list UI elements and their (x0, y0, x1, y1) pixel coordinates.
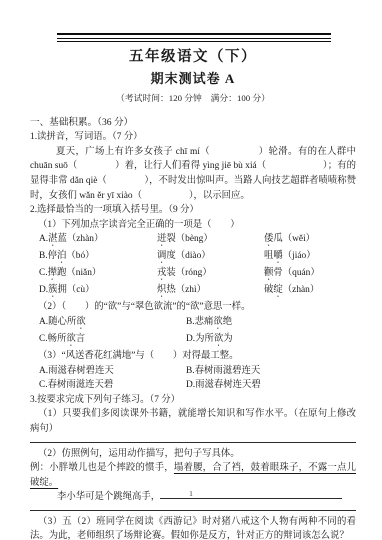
option-cell: 倭瓜（wěi） (264, 232, 356, 249)
option-c: C.畅所欲言 (39, 332, 186, 349)
q3-2-stem: （2）仿照例句，运用动作描写，把句子写具体。 (30, 447, 356, 462)
exam-info: （考试时间：120 分钟 满分：100 分） (30, 92, 356, 104)
page-number: 1 (0, 487, 382, 502)
question-1-heading: 1.读拼音，写词语。（7 分） (30, 130, 356, 145)
q1-blank-3: （ ） (257, 161, 328, 171)
q3-3-stem: （3）五（2）班同学在阅读《西游记》时对猪八戒这个人物有两种不同的看法。为此，老… (30, 515, 356, 540)
exam-subtitle: 期末测试卷 A (30, 70, 356, 87)
option-cell: 戎装（róng） (157, 266, 264, 283)
header-rule-double (57, 38, 331, 42)
q1-pinyin-2: chuān suō (30, 161, 68, 171)
option-row-b: B.停泊（bó） 调度（diào） 咀嚼（jiáo） (30, 249, 356, 266)
section-1-heading: 一、基础积累。（36 分） (30, 116, 356, 131)
option-cell: 破绽（zhàn） (264, 283, 356, 300)
q1-blank-2: （ ） (68, 161, 125, 171)
option-cell: 颧骨（quán） (264, 266, 356, 283)
q3-1-stem: （1）只要我们多阅读课外书籍，就能增长知识和写作水平。（在原句上修改病句） (30, 407, 356, 436)
option-c: C.春树雨滋连天碧 (39, 378, 186, 393)
q1-pinyin-5: wǎn ěr yī xiào (79, 191, 132, 201)
option-row: A.雨滋春树碧连天 B.春树雨滋碧连天 (30, 364, 356, 379)
q1-seg6: ，以示回应。 (194, 191, 250, 201)
q3-2-example: 例：小胖墩儿也是个摔跤的惯手，塌着腰，合了裆，鼓着眼珠子，不露一点儿破绽。 (30, 461, 356, 490)
exam-title: 五年级语文（下） (30, 48, 356, 66)
option-d: D.为所欲为 (186, 332, 356, 349)
header-rule-thick (57, 33, 331, 35)
example-label: 例： (30, 463, 49, 473)
answer-line (30, 442, 356, 443)
option-d: D.雨滋春树连天碧 (186, 378, 356, 393)
answer-line (30, 510, 356, 511)
option-cell: A.湛蓝（zhàn） (39, 232, 157, 249)
q1-pinyin-1: chī mí (176, 147, 200, 157)
option-row: C.畅所欲言 D.为所欲为 (30, 332, 356, 349)
q1-pinyin-3: yìng jiē bù xiá (203, 161, 257, 171)
exam-paper-page: 五年级语文（下） 期末测试卷 A （考试时间：120 分钟 满分：100 分） … (0, 0, 382, 540)
option-row-d: D.簇拥（cù） 炽热（zhì） 破绽（zhàn） (30, 283, 356, 300)
q1-seg3: 着，让行人们看得 (125, 161, 203, 171)
option-a: A.随心所欲 (39, 315, 186, 332)
option-row-a: A.湛蓝（zhàn） 迸裂（bèng） 倭瓜（wěi） (30, 232, 356, 249)
question-3-heading: 3.按要求完成下列句子练习。（7 分） (30, 393, 356, 408)
q1-blank-5: （ ） (133, 191, 194, 201)
q1-blank-4: （ ） (97, 176, 149, 186)
option-b: B.春树雨滋碧连天 (186, 364, 356, 379)
q1-blank-1: （ ） (200, 147, 269, 157)
q1-seg1: 夏天，广场上有许多女孩子 (56, 147, 176, 157)
option-cell: B.停泊（bó） (39, 249, 157, 266)
q2-1-options: A.湛蓝（zhàn） 迸裂（bèng） 倭瓜（wěi） B.停泊（bó） 调度（… (30, 232, 356, 300)
q2-3-options: A.雨滋春树碧连天 B.春树雨滋碧连天 C.春树雨滋连天碧 D.雨滋春树连天碧 (30, 364, 356, 393)
q1-seg2: 轮滑。有的在人群中 (269, 147, 356, 157)
option-row: C.春树雨滋连天碧 D.雨滋春树连天碧 (30, 378, 356, 393)
option-cell: D.簇拥（cù） (39, 283, 157, 300)
option-cell: 咀嚼（jiáo） (264, 249, 356, 266)
q1-pinyin-4: dǎn qiè (70, 176, 97, 186)
option-row-c: C.撵跑（niǎn） 戎装（róng） 颧骨（quán） (30, 266, 356, 283)
q2-2-stem: （2）（ ）的“欲”与“翠色欲流”的“欲”意思一样。 (30, 300, 356, 315)
option-b: B.悲痛欲绝 (186, 315, 356, 332)
q2-3-stem: （3）“风送香花红满地”与（ ）对得最工整。 (30, 349, 356, 364)
q2-2-options: A.随心所欲 B.悲痛欲绝 C.畅所欲言 D.为所欲为 (30, 315, 356, 349)
option-cell: C.撵跑（niǎn） (39, 266, 157, 283)
option-cell: 调度（diào） (157, 249, 264, 266)
option-a: A.雨滋春树碧连天 (39, 364, 186, 379)
option-row: A.随心所欲 B.悲痛欲绝 (30, 315, 356, 332)
option-cell: 迸裂（bèng） (157, 232, 264, 249)
question-2-heading: 2.选择最恰当的一项填入括号里。（9 分） (30, 203, 356, 218)
q2-1-stem: （1）下列加点字读音完全正确的一项是（ ） (30, 218, 356, 233)
pinyin-paragraph: 夏天，广场上有许多女孩子 chī mí（ ）轮滑。有的在人群中 chuān su… (30, 145, 356, 203)
option-cell: 炽热（zhì） (157, 283, 264, 300)
